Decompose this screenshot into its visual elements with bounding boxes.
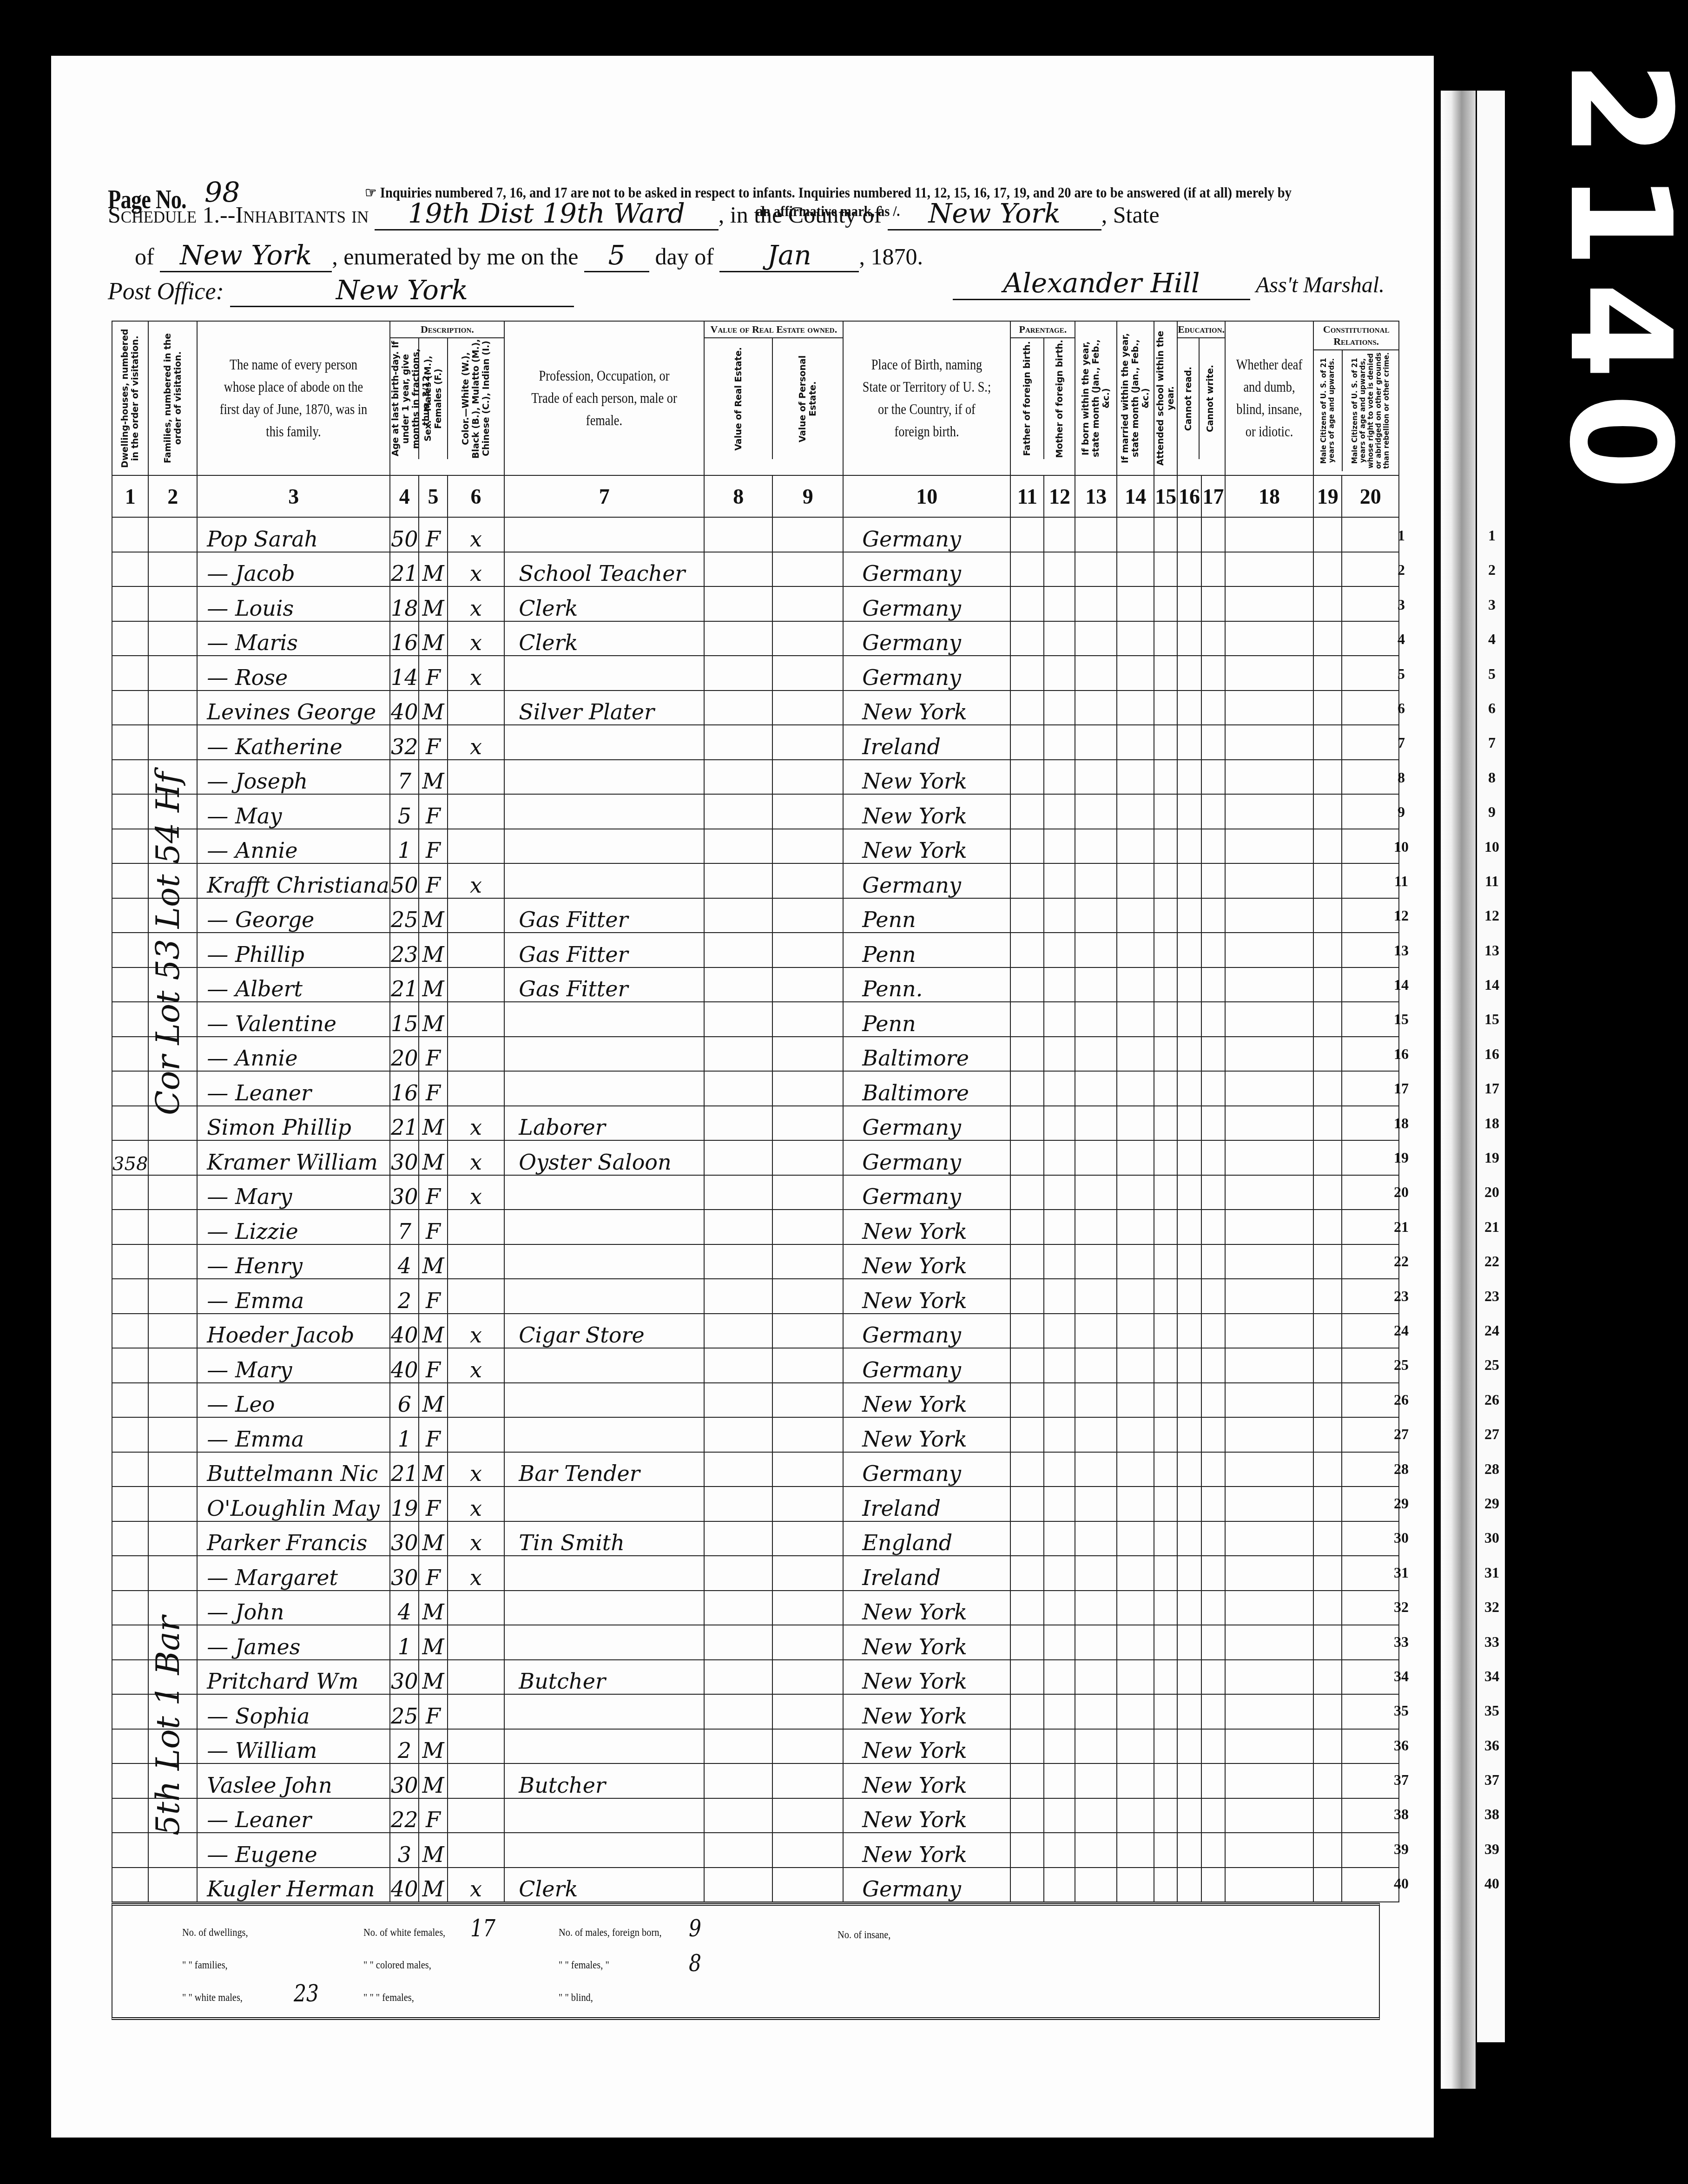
col-19-cell [1313, 1556, 1342, 1591]
col-19-cell [1313, 1763, 1342, 1798]
line-number: 40 [1383, 1866, 1420, 1901]
col-16-cell [1177, 1140, 1201, 1175]
col-16-cell [1177, 1556, 1201, 1591]
col-12-cell [1044, 1452, 1075, 1487]
occupation [504, 1417, 704, 1452]
col-13-cell [1075, 1348, 1117, 1383]
col-11-cell [1010, 967, 1044, 1002]
family-number [148, 656, 197, 691]
col-17-cell [1201, 863, 1225, 898]
family-number [148, 517, 197, 552]
family-number [148, 621, 197, 656]
marshal-label: Ass't Marshal. [1256, 273, 1385, 297]
adjacent-line-number: 15 [1478, 1002, 1506, 1036]
col-18-cell [1225, 621, 1313, 656]
occupation [504, 760, 704, 795]
margin-note-lower: 5th Lot 1 Bar [149, 1616, 187, 1835]
col-12-cell [1044, 967, 1075, 1002]
family-number [148, 1521, 197, 1556]
col-13-cell [1075, 1625, 1117, 1660]
age: 21 [390, 552, 419, 587]
color [448, 1833, 505, 1868]
col-19-cell [1313, 1591, 1342, 1625]
col-19-cell [1313, 1279, 1342, 1314]
col-15-cell [1154, 1244, 1177, 1279]
header-dwelling: Dwelling-houses, numbered in the order o… [112, 321, 148, 475]
age: 18 [390, 586, 419, 621]
table-row: — Jacob21MxSchool TeacherGermany [112, 552, 1399, 587]
col-15-cell [1154, 1140, 1177, 1175]
dwelling-number [112, 933, 148, 967]
color [448, 1798, 505, 1833]
person-name: Kramer William [197, 1140, 390, 1175]
person-name: — Mary [197, 1175, 390, 1210]
county-label: , in the County of [719, 202, 882, 228]
col-12-cell [1044, 1763, 1075, 1798]
col-17-cell [1201, 1071, 1225, 1106]
col-12-cell [1044, 1140, 1075, 1175]
col-15-cell [1154, 1694, 1177, 1729]
person-name: Simon Phillip [197, 1106, 390, 1141]
col-17-cell [1201, 1210, 1225, 1244]
personal-estate [772, 794, 843, 829]
header-real-estate-value: Value of Real Estate. [705, 338, 773, 459]
col-16-cell [1177, 829, 1201, 864]
col-15-cell [1154, 794, 1177, 829]
col-15-cell [1154, 1210, 1177, 1244]
color [448, 1694, 505, 1729]
real-estate [704, 863, 772, 898]
col-16-cell [1177, 1833, 1201, 1868]
color: x [448, 1487, 505, 1521]
real-estate [704, 760, 772, 795]
dwelling-number [112, 1037, 148, 1072]
dwelling-number [112, 1694, 148, 1729]
header-mother-foreign: Mother of foreign birth. [1044, 338, 1075, 459]
family-number [148, 1868, 197, 1902]
col-15-cell [1154, 829, 1177, 864]
occupation [504, 1694, 704, 1729]
col-15-cell [1154, 1729, 1177, 1764]
adjacent-line-number: 34 [1478, 1659, 1506, 1693]
col-19-cell [1313, 898, 1342, 933]
color [448, 1417, 505, 1452]
birthplace: New York [843, 1833, 1010, 1868]
col-17-cell [1201, 1798, 1225, 1833]
sex: F [419, 1037, 447, 1072]
person-name: — William [197, 1729, 390, 1764]
col-19-cell [1313, 1521, 1342, 1556]
col-13-cell [1075, 1556, 1117, 1591]
table-row: — Albert21MGas FitterPenn. [112, 967, 1399, 1002]
col-17-cell [1201, 586, 1225, 621]
real-estate [704, 1210, 772, 1244]
adjacent-line-number: 32 [1478, 1590, 1506, 1624]
age: 3 [390, 1833, 419, 1868]
col-13-cell [1075, 863, 1117, 898]
sex: M [419, 1106, 447, 1141]
col-18-cell [1225, 794, 1313, 829]
col-number: 4 [390, 475, 419, 517]
col-14-cell [1117, 898, 1154, 933]
line-number: 11 [1383, 864, 1420, 898]
dwelling-number [112, 1729, 148, 1764]
col-15-cell [1154, 933, 1177, 967]
col-11-cell [1010, 794, 1044, 829]
col-16-cell [1177, 586, 1201, 621]
age: 50 [390, 863, 419, 898]
family-number [148, 1348, 197, 1383]
col-13-cell [1075, 794, 1117, 829]
personal-estate [772, 967, 843, 1002]
adjacent-line-number: 18 [1478, 1106, 1506, 1140]
col-11-cell [1010, 1487, 1044, 1521]
occupation [504, 1210, 704, 1244]
col-11-cell [1010, 1106, 1044, 1141]
col-16-cell [1177, 1487, 1201, 1521]
real-estate [704, 794, 772, 829]
header-cannot-read: Cannot read. [1178, 338, 1200, 459]
color [448, 794, 505, 829]
real-estate [704, 621, 772, 656]
personal-estate [772, 1314, 843, 1349]
line-number: 8 [1383, 760, 1420, 795]
sex: F [419, 517, 447, 552]
col-17-cell [1201, 760, 1225, 795]
personal-estate [772, 691, 843, 725]
adjacent-line-number: 35 [1478, 1693, 1506, 1728]
col-17-cell [1201, 725, 1225, 760]
adjacent-line-number: 21 [1478, 1210, 1506, 1244]
col-18-cell [1225, 829, 1313, 864]
person-name: Kugler Herman [197, 1868, 390, 1902]
col-number: 1 [112, 475, 148, 517]
col-19-cell [1313, 691, 1342, 725]
col-11-cell [1010, 1591, 1044, 1625]
color [448, 1660, 505, 1695]
col-18-cell [1225, 863, 1313, 898]
age: 30 [390, 1556, 419, 1591]
sex: M [419, 1591, 447, 1625]
col-number: 18 [1225, 475, 1313, 517]
header-sex: Sex.—Males (M.), Females (F.) [419, 338, 448, 459]
adjacent-line-number: 9 [1478, 795, 1506, 829]
col-16-cell [1177, 517, 1201, 552]
table-row: 358Kramer William30MxOyster SaloonGerman… [112, 1140, 1399, 1175]
age: 40 [390, 1868, 419, 1902]
col-17-cell [1201, 1487, 1225, 1521]
sex: M [419, 1383, 447, 1418]
table-row: — Maris16MxClerkGermany [112, 621, 1399, 656]
adjacent-line-number: 27 [1478, 1417, 1506, 1451]
personal-estate [772, 898, 843, 933]
col-number: 12 [1044, 475, 1075, 517]
enumerated-label: , enumerated by me on the [332, 243, 578, 270]
col-13-cell [1075, 1383, 1117, 1418]
col-18-cell [1225, 898, 1313, 933]
table-row: — Valentine15MPenn [112, 1002, 1399, 1037]
line-number: 36 [1383, 1728, 1420, 1763]
occupation [504, 1175, 704, 1210]
col-15-cell [1154, 1002, 1177, 1037]
table-row: — Joseph7MNew York [112, 760, 1399, 795]
col-18-cell [1225, 1348, 1313, 1383]
birthplace: Germany [843, 586, 1010, 621]
personal-estate [772, 1210, 843, 1244]
col-18-cell [1225, 1660, 1313, 1695]
table-row: — Katherine32FxIreland [112, 725, 1399, 760]
line-number: 13 [1383, 933, 1420, 967]
col-13-cell [1075, 691, 1117, 725]
family-number [148, 1383, 197, 1418]
col-15-cell [1154, 1625, 1177, 1660]
col-17-cell [1201, 656, 1225, 691]
col-12-cell [1044, 552, 1075, 587]
table-row: Krafft Christiana50FxGermany [112, 863, 1399, 898]
personal-estate [772, 1175, 843, 1210]
birthplace: Penn [843, 1002, 1010, 1037]
real-estate [704, 552, 772, 587]
color [448, 829, 505, 864]
dwelling-number: 358 [112, 1140, 148, 1175]
dwelling-number [112, 1625, 148, 1660]
col-11-cell [1010, 1417, 1044, 1452]
table-row: Pritchard Wm30MButcherNew York [112, 1660, 1399, 1695]
col-13-cell [1075, 933, 1117, 967]
personal-estate [772, 1348, 843, 1383]
line-number: 9 [1383, 795, 1420, 829]
adjacent-line-number: 8 [1478, 760, 1506, 795]
birthplace: Baltimore [843, 1071, 1010, 1106]
color: x [448, 1175, 505, 1210]
header-real-estate: Value of Real Estate owned. Value of Rea… [704, 321, 843, 475]
personal-estate [772, 1521, 843, 1556]
col-13-cell [1075, 1002, 1117, 1037]
col-11-cell [1010, 1383, 1044, 1418]
adjacent-line-number: 37 [1478, 1763, 1506, 1797]
dwelling-number [112, 1417, 148, 1452]
state-field: New York [160, 239, 332, 272]
line-number: 18 [1383, 1106, 1420, 1140]
col-11-cell [1010, 1556, 1044, 1591]
col-14-cell [1117, 1417, 1154, 1452]
col-19-cell [1313, 1694, 1342, 1729]
col-number: 8 [704, 475, 772, 517]
person-name: — Lizzie [197, 1210, 390, 1244]
col-12-cell [1044, 1244, 1075, 1279]
color [448, 1729, 505, 1764]
line-number: 30 [1383, 1520, 1420, 1555]
color: x [448, 1556, 505, 1591]
personal-estate [772, 863, 843, 898]
dwelling-number [112, 760, 148, 795]
col-18-cell [1225, 517, 1313, 552]
col-16-cell [1177, 1106, 1201, 1141]
county-field: New York [888, 197, 1101, 230]
real-estate [704, 1314, 772, 1349]
col-number: 3 [197, 475, 390, 517]
birthplace: New York [843, 1729, 1010, 1764]
sex: F [419, 656, 447, 691]
col-12-cell [1044, 1210, 1075, 1244]
col-number: 16 [1177, 475, 1201, 517]
col-18-cell [1225, 1383, 1313, 1418]
birthplace: Ireland [843, 725, 1010, 760]
line-number: 28 [1383, 1452, 1420, 1486]
birthplace: New York [843, 1798, 1010, 1833]
table-row: — Mary30FxGermany [112, 1175, 1399, 1210]
header-parentage: Parentage. Father of foreign birth. Moth… [1010, 321, 1075, 475]
col-16-cell [1177, 725, 1201, 760]
col-13-cell [1075, 967, 1117, 1002]
dwelling-number [112, 1244, 148, 1279]
personal-estate [772, 1037, 843, 1072]
personal-estate [772, 933, 843, 967]
person-name: — Rose [197, 656, 390, 691]
col-14-cell [1117, 1763, 1154, 1798]
col-18-cell [1225, 1314, 1313, 1349]
col-16-cell [1177, 1002, 1201, 1037]
line-number: 22 [1383, 1244, 1420, 1278]
dwelling-number [112, 517, 148, 552]
col-19-cell [1313, 1210, 1342, 1244]
col-12-cell [1044, 621, 1075, 656]
table-row: — Henry4MNew York [112, 1244, 1399, 1279]
personal-estate [772, 725, 843, 760]
line-number: 39 [1383, 1832, 1420, 1866]
occupation [504, 517, 704, 552]
personal-estate [772, 1279, 843, 1314]
color [448, 1244, 505, 1279]
line-number: 12 [1383, 898, 1420, 933]
occupation [504, 1071, 704, 1106]
sex: M [419, 1763, 447, 1798]
colored-females-label: " " " females, [363, 1992, 414, 2004]
sex: M [419, 1729, 447, 1764]
col-15-cell [1154, 863, 1177, 898]
col-18-cell [1225, 1175, 1313, 1210]
adjacent-line-number: 12 [1478, 898, 1506, 933]
birthplace: New York [843, 1244, 1010, 1279]
col-12-cell [1044, 1417, 1075, 1452]
header-row: Dwelling-houses, numbered in the order o… [112, 321, 1399, 475]
real-estate [704, 691, 772, 725]
col-14-cell [1117, 1037, 1154, 1072]
col-14-cell [1117, 1210, 1154, 1244]
sex: M [419, 1002, 447, 1037]
color: x [448, 1140, 505, 1175]
birthplace: New York [843, 1625, 1010, 1660]
person-name: — Margaret [197, 1556, 390, 1591]
birthplace: Ireland [843, 1487, 1010, 1521]
page-gutter [1441, 91, 1476, 2089]
col-14-cell [1117, 1279, 1154, 1314]
col-12-cell [1044, 1833, 1075, 1868]
col-14-cell [1117, 1002, 1154, 1037]
schedule-line: Schedule 1.--Inhabitants in 19th Dist 19… [108, 197, 1160, 230]
real-estate [704, 1002, 772, 1037]
dwelling-number [112, 1591, 148, 1625]
col-18-cell [1225, 760, 1313, 795]
table-row: — George25MGas FitterPenn [112, 898, 1399, 933]
col-16-cell [1177, 1279, 1201, 1314]
line-number: 1 [1383, 518, 1420, 553]
col-14-cell [1117, 1452, 1154, 1487]
header-male-citizens: Male Citizens of U. S. of 21 years of ag… [1314, 350, 1343, 471]
col-13-cell [1075, 1660, 1117, 1695]
col-11-cell [1010, 1625, 1044, 1660]
age: 21 [390, 967, 419, 1002]
col-11-cell [1010, 1694, 1044, 1729]
col-15-cell [1154, 1452, 1177, 1487]
table-row: — Annie1FNew York [112, 829, 1399, 864]
personal-estate [772, 1244, 843, 1279]
sex: M [419, 621, 447, 656]
person-name: — Sophia [197, 1694, 390, 1729]
dwelling-number [112, 1314, 148, 1349]
day-of-label: day of [655, 243, 714, 270]
col-12-cell [1044, 517, 1075, 552]
family-number [148, 1556, 197, 1591]
col-16-cell [1177, 1625, 1201, 1660]
col-12-cell [1044, 1314, 1075, 1349]
blind-label: " " blind, [559, 1992, 593, 2004]
color [448, 1210, 505, 1244]
col-13-cell [1075, 1037, 1117, 1072]
adjacent-line-number: 3 [1478, 587, 1506, 622]
col-18-cell [1225, 933, 1313, 967]
col-18-cell [1225, 1140, 1313, 1175]
col-16-cell [1177, 691, 1201, 725]
foreign-females-count: 8 [689, 1950, 701, 1977]
col-16-cell [1177, 1071, 1201, 1106]
col-11-cell [1010, 552, 1044, 587]
col-14-cell [1117, 1071, 1154, 1106]
personal-estate [772, 1383, 843, 1418]
col-17-cell [1201, 829, 1225, 864]
birthplace: Penn. [843, 967, 1010, 1002]
dwelling-number [112, 586, 148, 621]
age: 23 [390, 933, 419, 967]
adjacent-line-number: 16 [1478, 1037, 1506, 1071]
col-13-cell [1075, 1140, 1117, 1175]
col-14-cell [1117, 1314, 1154, 1349]
margin-note-upper: Cor Lot 53 Lot 54 Hf [149, 772, 187, 1115]
col-19-cell [1313, 1798, 1342, 1833]
dwelling-number [112, 1487, 148, 1521]
col-14-cell [1117, 1729, 1154, 1764]
family-number [148, 691, 197, 725]
col-17-cell [1201, 1660, 1225, 1695]
col-13-cell [1075, 1694, 1117, 1729]
row-numbers-adjacent-page: 1234567891011121314151617181920212223242… [1478, 518, 1506, 1901]
col-18-cell [1225, 1625, 1313, 1660]
personal-estate [772, 1694, 843, 1729]
adjacent-line-number: 2 [1478, 553, 1506, 587]
dwelling-number [112, 1348, 148, 1383]
col-12-cell [1044, 1694, 1075, 1729]
dwelling-number [112, 1452, 148, 1487]
person-name: — Katherine [197, 725, 390, 760]
occupation: Tin Smith [504, 1521, 704, 1556]
person-name: — Leaner [197, 1798, 390, 1833]
real-estate [704, 1071, 772, 1106]
col-17-cell [1201, 1037, 1225, 1072]
col-14-cell [1117, 794, 1154, 829]
table-row: Kugler Herman40MxClerkGermany [112, 1868, 1399, 1902]
col-19-cell [1313, 1452, 1342, 1487]
real-estate [704, 1348, 772, 1383]
